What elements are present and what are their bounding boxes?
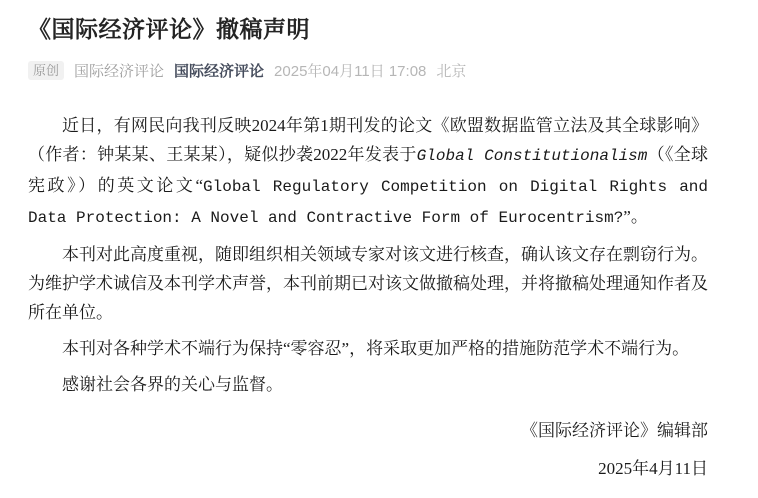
author-name: 国际经济评论 [74, 60, 164, 81]
original-badge: 原创 [28, 61, 64, 80]
article-title: 《国际经济评论》撤稿声明 [28, 14, 708, 45]
paragraph-3: 本刊对各种学术不端行为保持“零容忍”，将采取更加严格的措施防范学术不端行为。 [28, 334, 708, 363]
paragraph-2: 本刊对此高度重视，随即组织相关领域专家对该文进行核查，确认该文存在剽窃行为。为维… [28, 240, 708, 327]
paragraph-1: 近日，有网民向我刊反映2024年第1期刊发的论文《欧盟数据监管立法及其全球影响》… [28, 111, 708, 233]
text-segment: ”。 [623, 207, 648, 226]
publish-datetime: 2025年04月11日 17:08 [274, 60, 426, 81]
article-page: 《国际经济评论》撤稿声明 原创 国际经济评论 国际经济评论 2025年04月11… [0, 0, 758, 498]
account-name-link[interactable]: 国际经济评论 [174, 60, 264, 81]
journal-name-italic: Global Constitutionalism [417, 147, 648, 165]
publish-location: 北京 [436, 60, 466, 81]
signature-block: 《国际经济评论》编辑部 2025年4月11日 [28, 416, 708, 483]
article-body: 近日，有网民向我刊反映2024年第1期刊发的论文《欧盟数据监管立法及其全球影响》… [28, 111, 708, 483]
statement-date: 2025年4月11日 [28, 454, 708, 483]
article-meta: 原创 国际经济评论 国际经济评论 2025年04月11日 17:08 北京 [28, 60, 708, 81]
editorial-signature: 《国际经济评论》编辑部 [28, 416, 708, 445]
paragraph-4: 感谢社会各界的关心与监督。 [28, 370, 708, 399]
